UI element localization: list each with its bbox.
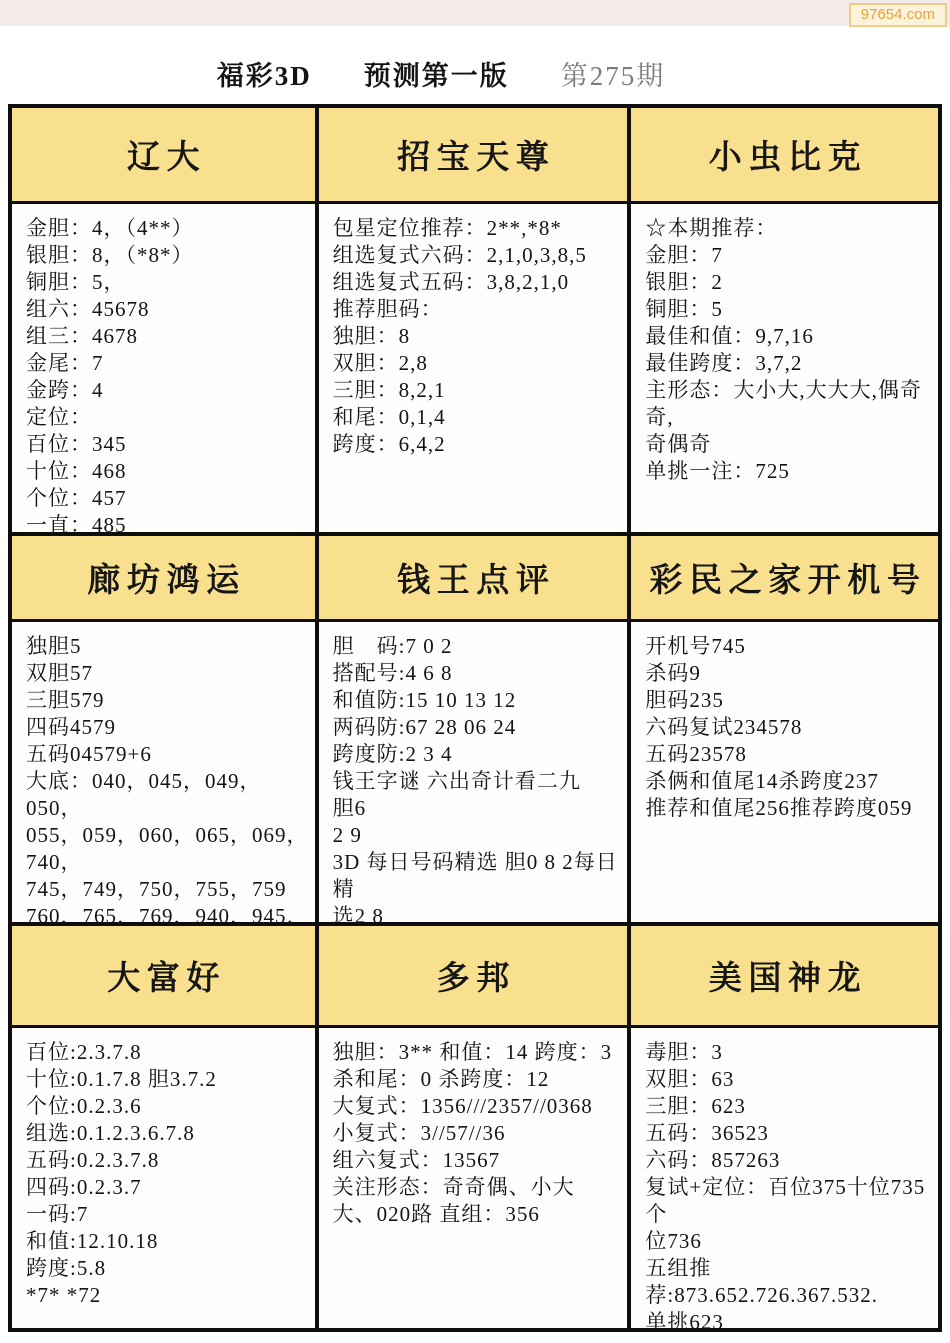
panel-liaoda-title: 辽大 [12,108,315,204]
panel-dafuhao-body: 百位:2.3.7.8 十位:0.1.7.8 胆3.7.2 个位:0.2.3.6 … [12,1028,315,1309]
panel-xiaochong-bike-title: 小虫比克 [631,108,938,204]
panel-caimin-zhijia-kaijihao-title: 彩民之家开机号 [631,536,938,622]
panel-caimin-zhijia-kaijihao-body: 开机号745 杀码9 胆码235 六码复试234578 五码23578 杀俩和值… [631,622,938,822]
panel-qianwang-dianping: 钱王点评 胆 码:7 0 2 搭配号:4 6 8 和值防:15 10 13 12… [319,536,632,926]
title-brand: 福彩3D [217,61,312,91]
panel-xiaochong-bike: 小虫比克 ☆本期推荐： 金胆：7 银胆：2 铜胆：5 最佳和值：9,7,16 最… [631,108,938,536]
title-issue-number: 第275期 [561,61,666,91]
title-edition: 预测第一版 [364,61,509,91]
panel-langfang-hongyun-body: 独胆5 双胆57 三胆579 四码4579 五码04579+6 大底：040，0… [12,622,315,922]
page-top-strip [0,0,950,26]
panel-duobang: 多邦 独胆：3** 和值：14 跨度：3 杀和尾：0 杀跨度：12 大复式：13… [319,926,632,1328]
panel-liaoda-body: 金胆：4，（4**） 银胆：8，（*8*） 铜胆：5， 组六：45678 组三：… [12,204,315,532]
panel-dafuhao-title: 大富好 [12,926,315,1028]
panel-meiguo-shenlong-body: 毒胆：3 双胆：63 三胆：623 五码：36523 六码：857263 复试+… [631,1028,938,1328]
page-title: 福彩3D预测第一版第275期 [0,54,916,93]
panel-meiguo-shenlong-title: 美国神龙 [631,926,938,1028]
panel-langfang-hongyun: 廊坊鸿运 独胆5 双胆57 三胆579 四码4579 五码04579+6 大底：… [12,536,319,926]
panel-dafuhao: 大富好 百位:2.3.7.8 十位:0.1.7.8 胆3.7.2 个位:0.2.… [12,926,319,1328]
prediction-table: 辽大 金胆：4，（4**） 银胆：8，（*8*） 铜胆：5， 组六：45678 … [8,104,942,1332]
panel-langfang-hongyun-title: 廊坊鸿运 [12,536,315,622]
panel-meiguo-shenlong: 美国神龙 毒胆：3 双胆：63 三胆：623 五码：36523 六码：85726… [631,926,938,1328]
panel-xiaochong-bike-body: ☆本期推荐： 金胆：7 银胆：2 铜胆：5 最佳和值：9,7,16 最佳跨度：3… [631,204,938,485]
panel-zhaobao-tianzun: 招宝天尊 包星定位推荐：2**,*8* 组选复式六码：2,1,0,3,8,5 组… [319,108,632,536]
panel-liaoda: 辽大 金胆：4，（4**） 银胆：8，（*8*） 铜胆：5， 组六：45678 … [12,108,319,536]
panel-qianwang-dianping-body: 胆 码:7 0 2 搭配号:4 6 8 和值防:15 10 13 12 两码防:… [319,622,628,922]
panel-qianwang-dianping-title: 钱王点评 [319,536,628,622]
panel-zhaobao-tianzun-title: 招宝天尊 [319,108,628,204]
panel-duobang-title: 多邦 [319,926,628,1028]
panel-duobang-body: 独胆：3** 和值：14 跨度：3 杀和尾：0 杀跨度：12 大复式：1356/… [319,1028,628,1228]
panel-caimin-zhijia-kaijihao: 彩民之家开机号 开机号745 杀码9 胆码235 六码复试234578 五码23… [631,536,938,926]
watermark-badge: 97654.com [849,3,947,27]
panel-zhaobao-tianzun-body: 包星定位推荐：2**,*8* 组选复式六码：2,1,0,3,8,5 组选复式五码… [319,204,628,458]
